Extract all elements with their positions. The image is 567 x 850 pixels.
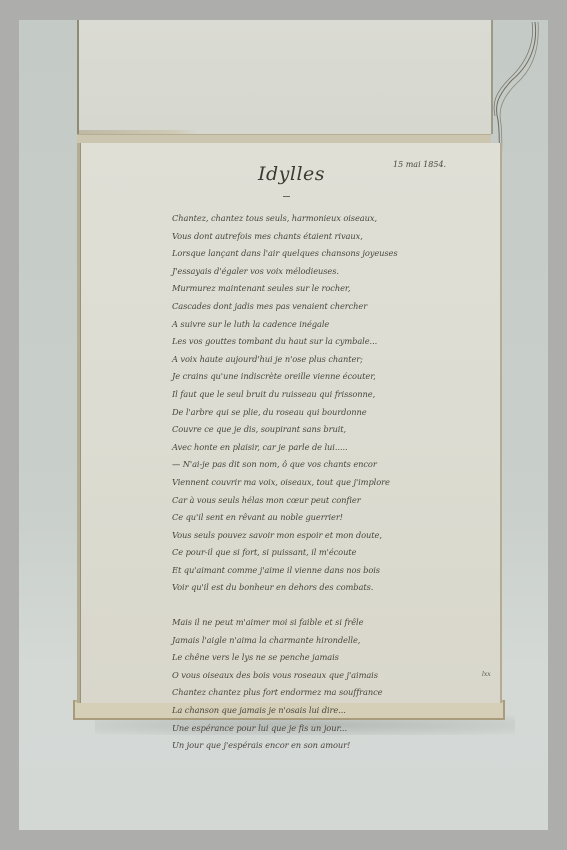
poem-line: Couvre ce que je dis, soupirant sans bru…	[172, 421, 502, 439]
page-title: Idylles	[258, 163, 325, 185]
poem-line: A suivre sur le luth la cadence inégale	[172, 316, 502, 334]
page-date: 15 mai 1854.	[393, 160, 446, 169]
poem-line: La chanson que jamais je n'osais lui dir…	[172, 702, 502, 720]
poem-line: Cascades dont jadis mes pas venaient che…	[172, 298, 502, 316]
poem-line: Les vos gouttes tombant du haut sur la c…	[172, 333, 502, 351]
folio-number: lxx	[482, 671, 491, 678]
facing-page-top	[77, 20, 493, 134]
poem-line: Mais il ne peut m'aimer moi si faible et…	[172, 614, 502, 632]
poem-line: Et qu'aimant comme j'aime il vienne dans…	[172, 562, 502, 580]
poem-line: Murmurez maintenant seules sur le rocher…	[172, 280, 502, 298]
poem-line: Jamais l'aigle n'aima la charmante hiron…	[172, 632, 502, 650]
poem-line: De l'arbre qui se plie, du roseau qui bo…	[172, 404, 502, 422]
poem-body: Chantez, chantez tous seuls, harmonieux …	[172, 210, 502, 755]
stanza-2: Mais il ne peut m'aimer moi si faible et…	[172, 614, 502, 755]
poem-line: Chantez chantez plus fort endormez ma so…	[172, 684, 502, 702]
poem-line: O vous oiseaux des bois vous roseaux que…	[172, 667, 502, 685]
poem-line: — N'ai-je pas dit son nom, ô que vos cha…	[172, 456, 502, 474]
stanza-1: Chantez, chantez tous seuls, harmonieux …	[172, 210, 502, 597]
poem-line: Car à vous seuls hélas mon cœur peut con…	[172, 492, 502, 510]
poem-line: Il faut que le seul bruit du ruisseau qu…	[172, 386, 502, 404]
poem-line: A voix haute aujourd'hui je n'ose plus c…	[172, 351, 502, 369]
poem-line: Une espérance pour lui que je fis un jou…	[172, 720, 502, 738]
poem-line: Avec honte en plaisir, car je parle de l…	[172, 439, 502, 457]
poem-line: Voir qu'il est du bonheur en dehors des …	[172, 579, 502, 597]
poem-line: Vous dont autrefois mes chants étaient r…	[172, 228, 502, 246]
poem-line: Viennent couvrir ma voix, oiseaux, tout …	[172, 474, 502, 492]
poem-line: Ce qu'il sent en rêvant au noble guerrie…	[172, 509, 502, 527]
poem-line: Chantez, chantez tous seuls, harmonieux …	[172, 210, 502, 228]
poem-line: Je crains qu'une indiscrète oreille vien…	[172, 368, 502, 386]
title-dash	[283, 196, 290, 197]
poem-line: Lorsque lançant dans l'air quelques chan…	[172, 245, 502, 263]
poem-line: Un jour que j'espérais encor en son amou…	[172, 737, 502, 755]
poem-line: J'essayais d'égaler vos voix mélodieuses…	[172, 263, 502, 281]
poem-line: Ce pour-il que si fort, si puissant, il …	[172, 544, 502, 562]
poem-line: Vous seuls pouvez savoir mon espoir et m…	[172, 527, 502, 545]
poem-line: Le chêne vers le lys ne se penche jamais	[172, 649, 502, 667]
